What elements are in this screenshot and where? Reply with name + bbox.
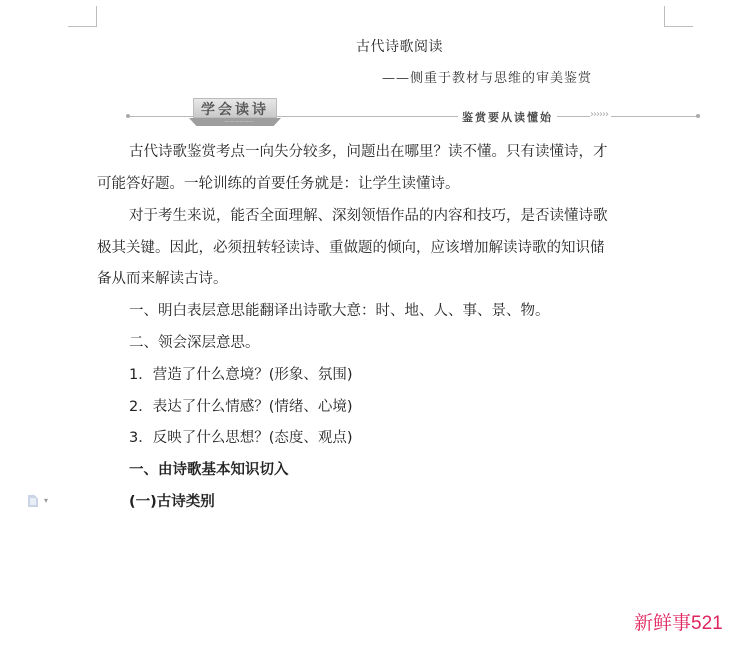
paragraph-line: 极其关键。因此，必须扭转轻读诗、重做题的倾向，应该增加解读诗歌的知识储 bbox=[97, 238, 605, 258]
page-corner-top-left bbox=[68, 6, 97, 27]
badge-label: 学会读诗 bbox=[193, 99, 277, 119]
section-heading: 一、由诗歌基本知识切入 bbox=[129, 460, 289, 480]
paste-options-icon[interactable] bbox=[28, 495, 38, 507]
paragraph-line: 二、领会深层意思。 bbox=[129, 333, 260, 353]
watermark-text: 新鲜事 bbox=[634, 612, 691, 634]
page-corner-top-right bbox=[664, 6, 693, 27]
watermark: 新鲜事521 bbox=[634, 608, 723, 635]
paragraph-line: 可能答好题。一轮训练的首要任务就是：让学生读懂诗。 bbox=[97, 174, 460, 194]
banner-arrows-icon: ›››››› bbox=[590, 109, 611, 120]
subsection-heading: (一)古诗类别 bbox=[129, 492, 215, 512]
list-item: 2．表达了什么情感？(情绪、心境) bbox=[129, 397, 353, 417]
paragraph-line: 对于考生来说，能否全面理解、深刻领悟作品的内容和技巧，是否读懂诗歌 bbox=[129, 206, 608, 226]
watermark-number: 521 bbox=[691, 613, 723, 634]
paragraph-line: 备从而来解读古诗。 bbox=[97, 269, 228, 289]
banner-dot-right bbox=[696, 114, 700, 118]
banner-dot-left bbox=[126, 114, 130, 118]
document-page-inner bbox=[30, 498, 36, 505]
document-subtitle: ——侧重于教材与思维的审美鉴赏 bbox=[382, 67, 592, 86]
paragraph-line: 古代诗歌鉴赏考点一向失分较多，问题出在哪里？读不懂。只有读懂诗，才 bbox=[129, 142, 608, 162]
list-item: 1．营造了什么意境？(形象、氛围) bbox=[129, 365, 353, 385]
badge-sublabel: ······················· bbox=[201, 118, 277, 126]
list-item: 3．反映了什么思想？(态度、观点) bbox=[129, 428, 353, 448]
section-badge: 学会读诗 ······················· bbox=[193, 98, 277, 128]
chevron-down-icon[interactable]: ▾ bbox=[44, 496, 48, 505]
document-title: 古代诗歌阅读 bbox=[356, 36, 443, 56]
banner-right-label: 鉴赏要从读懂始 bbox=[458, 109, 557, 125]
paragraph-line: 一、明白表层意思能翻译出诗歌大意：时、地、人、事、景、物。 bbox=[129, 301, 550, 321]
